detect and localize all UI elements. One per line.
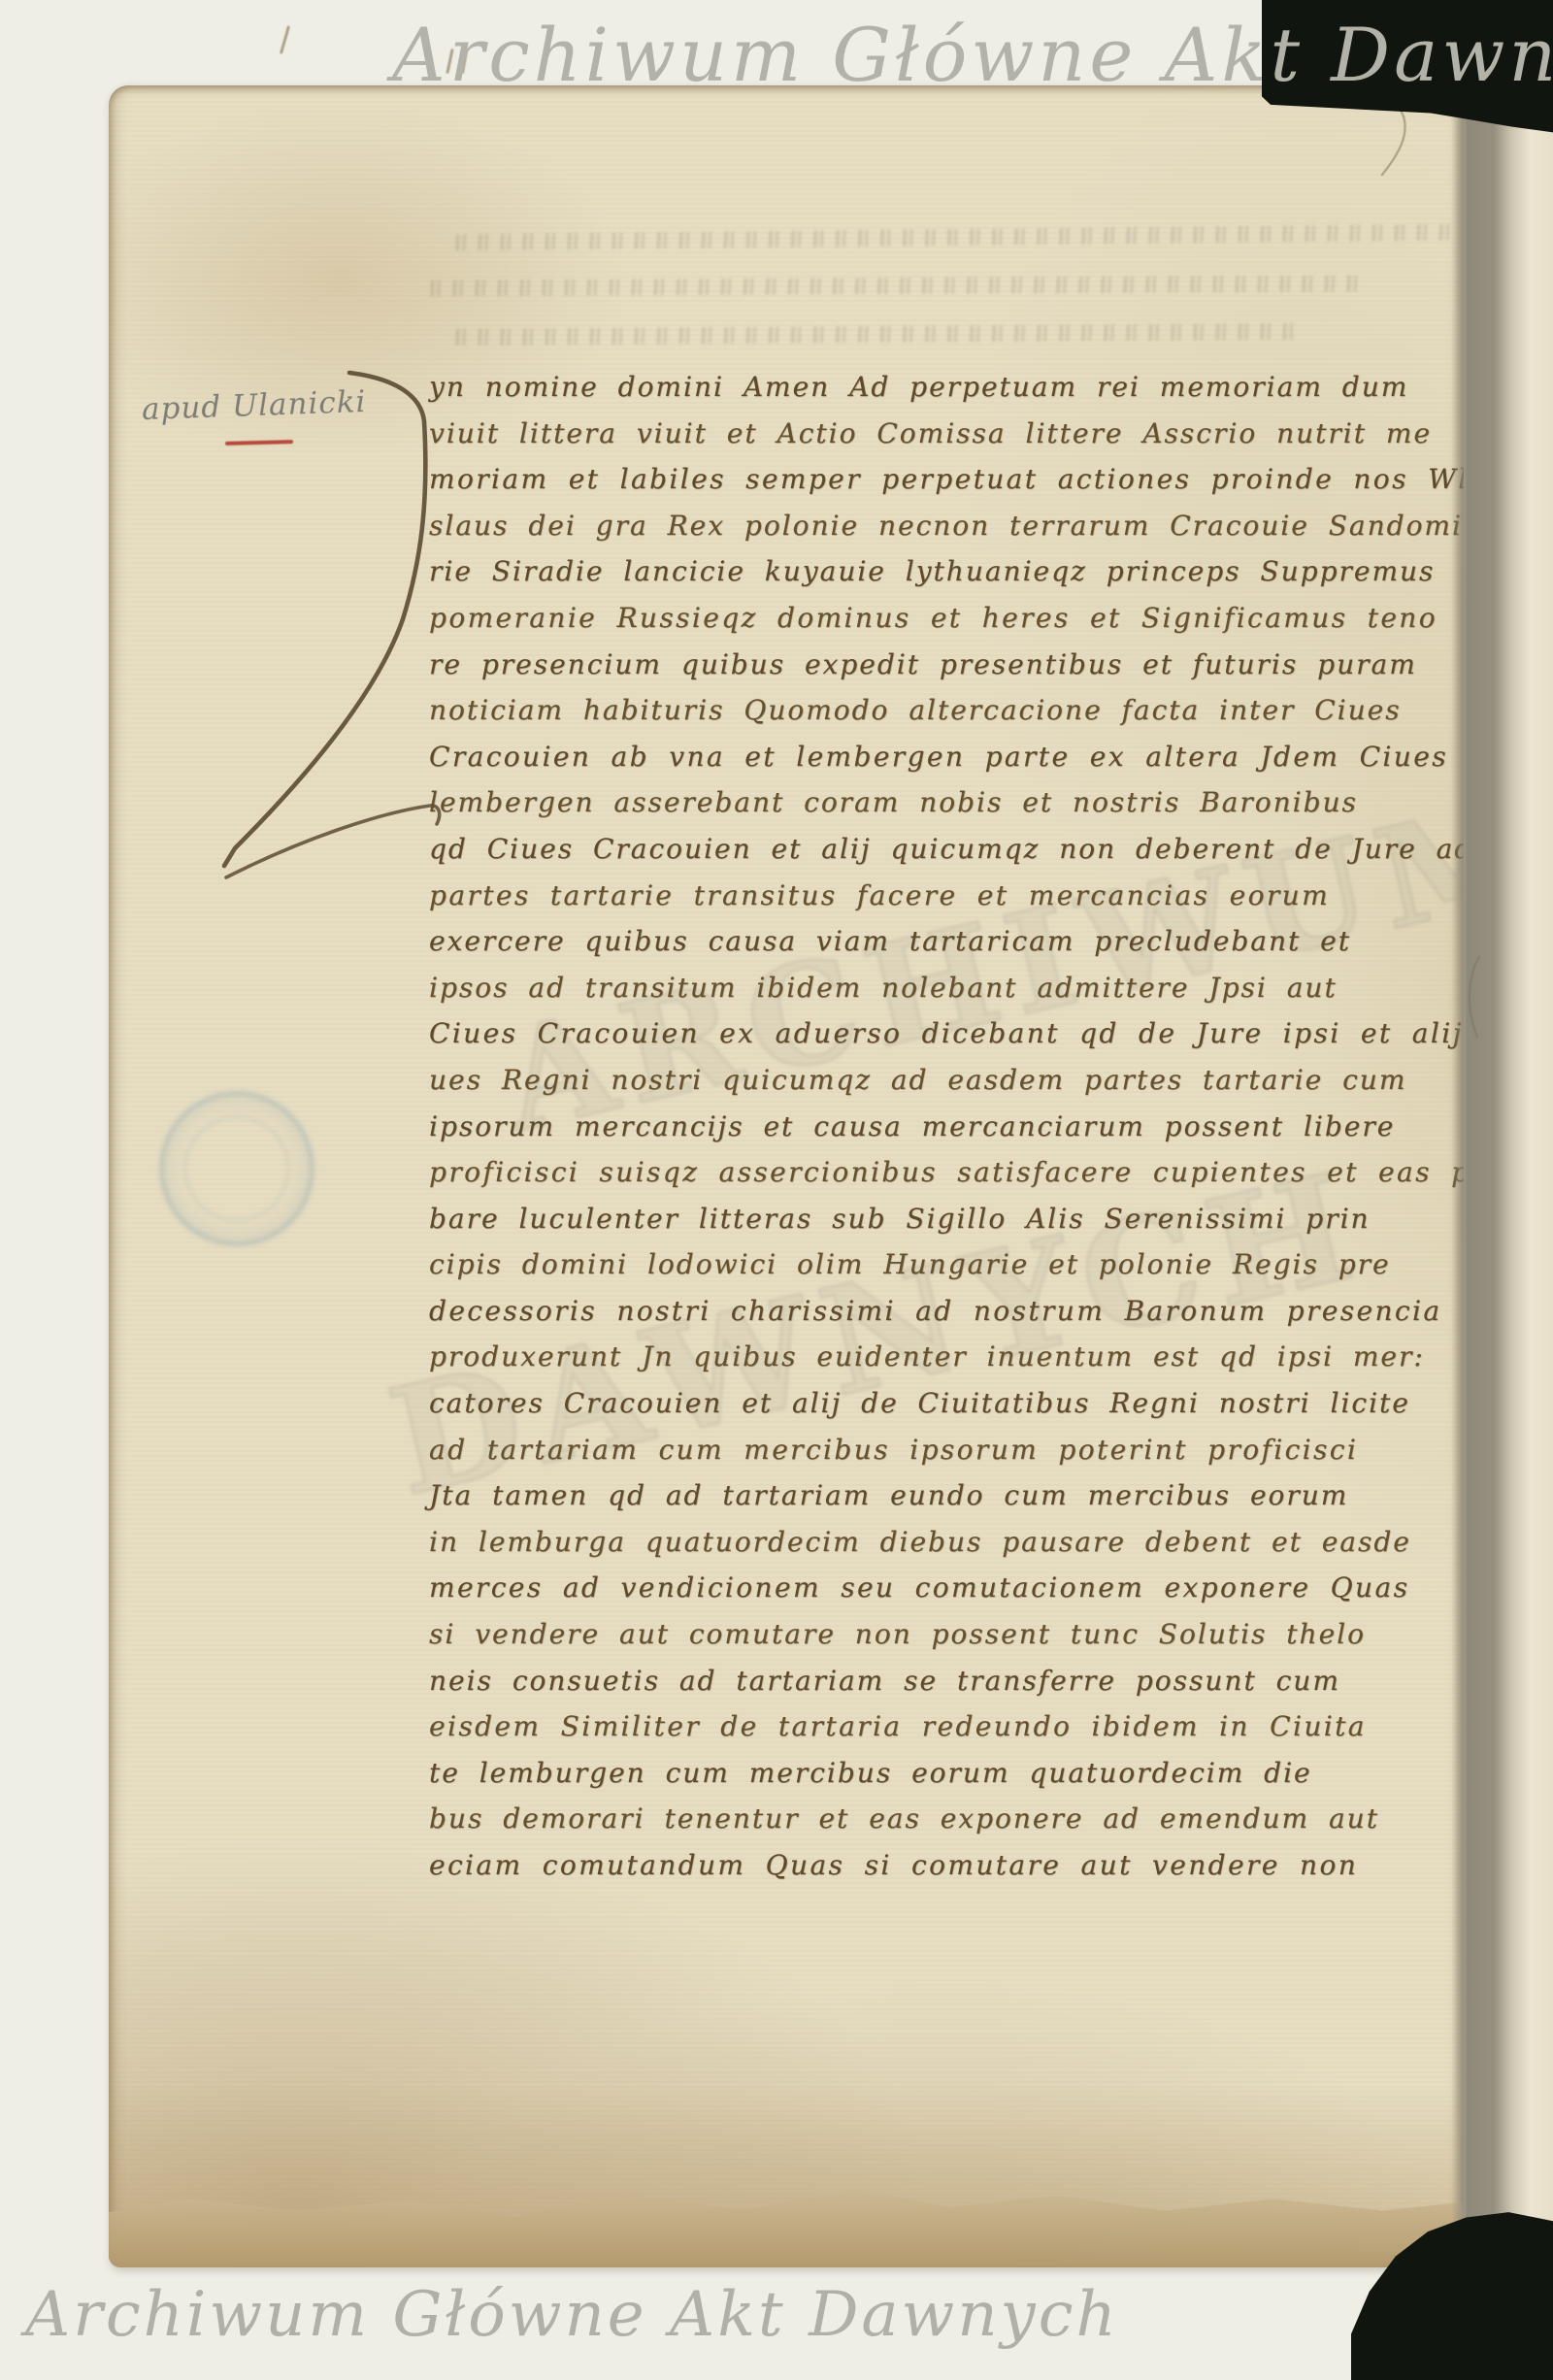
manuscript-line: merces ad vendicionem seu comutacionem e…	[429, 1565, 1400, 1611]
manuscript-line: Jta tamen qd ad tartariam eundo cum merc…	[429, 1472, 1400, 1519]
manuscript-line: exercere quibus causa viam tartaricam pr…	[429, 918, 1400, 965]
manuscript-line: ipsos ad transitum ibidem nolebant admit…	[429, 965, 1400, 1011]
manuscript-line: moriam et labiles semper perpetuat actio…	[429, 456, 1400, 503]
showthrough-line	[450, 224, 1450, 251]
archive-scan: ARCHIWUM GŁ DAWNYCH apud Ulanicki yn nom…	[0, 0, 1553, 2380]
manuscript-line: Cracouien ab vna et lembergen parte ex a…	[429, 734, 1400, 780]
manuscript-text: yn nomine domini Amen Ad perpetuam rei m…	[429, 364, 1400, 1889]
manuscript-line: partes tartarie transitus facere et merc…	[429, 873, 1400, 919]
manuscript-line: noticiam habituris Quomodo altercacione …	[429, 687, 1400, 734]
manuscript-line: te lemburgen cum mercibus eorum quatuord…	[429, 1750, 1400, 1797]
manuscript-line: pomeranie Russieqz dominus et heres et S…	[429, 595, 1400, 642]
manuscript-line: si vendere aut comutare non possent tunc…	[429, 1611, 1400, 1658]
archive-watermark-top: Archiwum Główne Akt Dawnych	[392, 12, 1553, 98]
manuscript-page: ARCHIWUM GŁ DAWNYCH apud Ulanicki yn nom…	[109, 85, 1464, 2267]
manuscript-line: decessoris nostri charissimi ad nostrum …	[429, 1288, 1400, 1335]
next-page-edge	[1451, 101, 1553, 2242]
showthrough-line	[425, 275, 1357, 296]
manuscript-line: bare luculenter litteras sub Sigillo Ali…	[429, 1196, 1400, 1242]
library-stamp	[159, 1091, 314, 1246]
manuscript-line: bus demorari tenentur et eas exponere ad…	[429, 1796, 1400, 1842]
manuscript-line: lembergen asserebant coram nobis et nost…	[429, 779, 1400, 826]
manuscript-line: viuit littera viuit et Actio Comissa lit…	[429, 411, 1400, 457]
manuscript-line: slaus dei gra Rex polonie necnon terraru…	[429, 503, 1400, 549]
manuscript-line: yn nomine domini Amen Ad perpetuam rei m…	[429, 364, 1400, 411]
manuscript-line: qd Ciues Cracouien et alij quicumqz non …	[429, 826, 1400, 873]
manuscript-line: ad tartariam cum mercibus ipsorum poteri…	[429, 1427, 1400, 1473]
manuscript-line: in lemburga quatuordecim diebus pausare …	[429, 1519, 1400, 1566]
archive-watermark-bottom: Archiwum Główne Akt Dawnych	[25, 2279, 1119, 2351]
manuscript-line: ipsorum mercancijs et causa mercanciarum…	[429, 1104, 1400, 1150]
showthrough-line	[450, 323, 1305, 346]
manuscript-line: cipis domini lodowici olim Hungarie et p…	[429, 1241, 1400, 1288]
manuscript-line: ues Regni nostri quicumqz ad easdem part…	[429, 1057, 1400, 1104]
manuscript-line: Ciues Cracouien ex aduerso dicebant qd d…	[429, 1010, 1400, 1057]
manuscript-line: catores Cracouien et alij de Ciuitatibus…	[429, 1380, 1400, 1427]
pen-mark	[280, 25, 290, 54]
manuscript-line: re presencium quibus expedit presentibus…	[429, 642, 1400, 688]
manuscript-line: eisdem Similiter de tartaria redeundo ib…	[429, 1703, 1400, 1750]
manuscript-line: rie Siradie lancicie kuyauie lythuanieqz…	[429, 548, 1400, 595]
gutter-pen-mark	[1464, 955, 1487, 1039]
manuscript-line: eciam comutandum Quas si comutare aut ve…	[429, 1842, 1400, 1889]
manuscript-line: produxerunt Jn quibus euidenter inuentum…	[429, 1334, 1400, 1380]
manuscript-line: proficisci suisqz assercionibus satisfac…	[429, 1149, 1400, 1196]
manuscript-line: neis consuetis ad tartariam se transferr…	[429, 1658, 1400, 1704]
